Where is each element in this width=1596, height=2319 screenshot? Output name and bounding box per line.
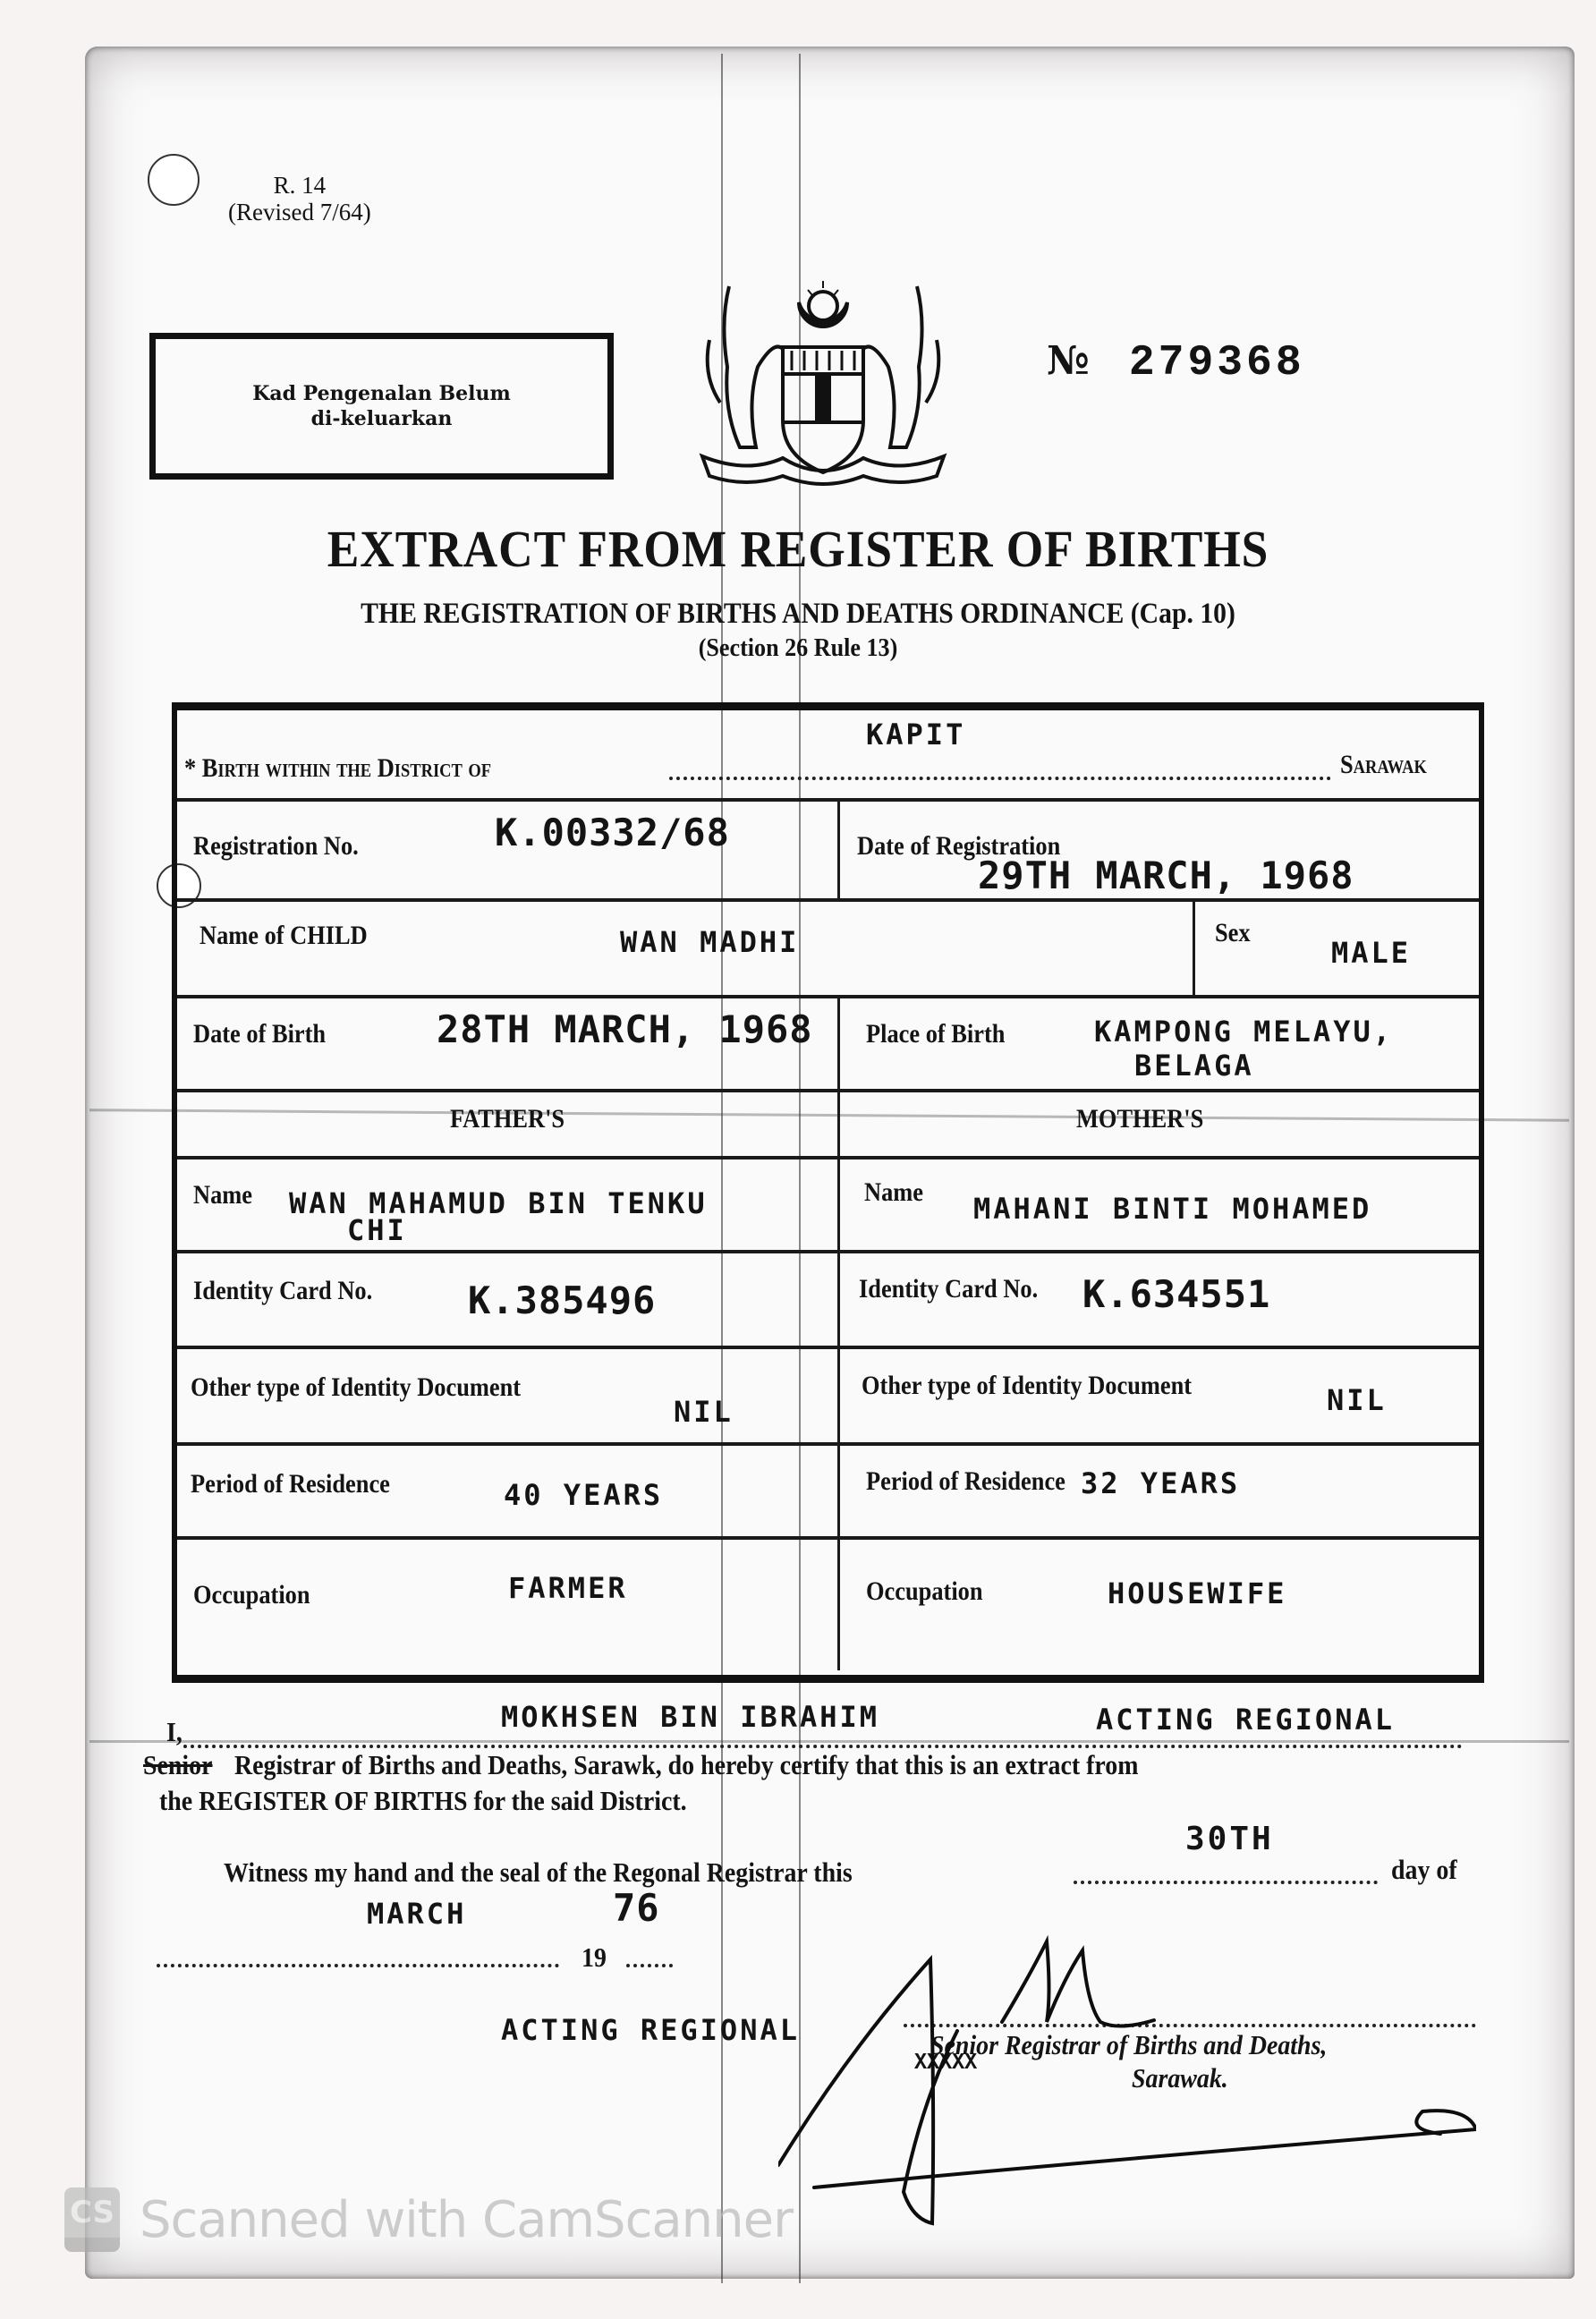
- document-title: EXTRACT FROM REGISTER OF BIRTHS: [64, 519, 1532, 579]
- parents-heading-row: [177, 1089, 1479, 1159]
- column-divider: [1193, 898, 1195, 995]
- child-name-row: [177, 898, 1479, 998]
- camscanner-logo-icon: CS: [64, 2187, 120, 2252]
- mother-name-label: Name: [864, 1177, 923, 1208]
- district-value: KAPIT: [866, 718, 965, 752]
- date-of-birth-value: 28TH MARCH, 1968: [437, 1007, 813, 1051]
- father-ic-value: K.385496: [468, 1278, 656, 1322]
- father-other-doc-label: Other type of Identity Document: [191, 1372, 521, 1403]
- mother-name-value: MAHANI BINTI MOHAMED: [973, 1192, 1371, 1226]
- punch-hole: [148, 154, 199, 206]
- signature-icon: [778, 1924, 1476, 2228]
- registrar-name: MOKHSEN BIN IBRAHIM: [501, 1700, 879, 1734]
- serial-number: 279368: [1129, 339, 1305, 387]
- day-of-label: day of: [1391, 1854, 1457, 1886]
- watermark-text: Scanned with CamScanner: [140, 2191, 793, 2249]
- month-dotted-line: [157, 1964, 559, 1967]
- father-other-doc-value: NIL: [674, 1395, 734, 1429]
- day-dotted-line: [1074, 1881, 1378, 1884]
- date-of-registration-value: 29TH MARCH, 1968: [978, 854, 1354, 897]
- father-occupation-label: Occupation: [193, 1580, 310, 1610]
- district-label: * Birth within the District of: [184, 753, 491, 784]
- registration-no-value: K.00332/68: [495, 811, 730, 854]
- date-of-birth-label: Date of Birth: [193, 1019, 326, 1049]
- father-ic-label: Identity Card No.: [193, 1276, 372, 1306]
- father-heading: FATHER'S: [450, 1104, 565, 1134]
- stamp-line-1: Kad Pengenalan Belum: [252, 381, 510, 406]
- father-residence-value: 40 YEARS: [504, 1478, 663, 1512]
- ordinance-reference: THE REGISTRATION OF BIRTHS AND DEATHS OR…: [80, 598, 1516, 631]
- day-value: 30TH: [1185, 1821, 1274, 1857]
- month-value: MARCH: [367, 1897, 466, 1931]
- mother-occupation-label: Occupation: [866, 1576, 983, 1607]
- mother-residence-value: 32 YEARS: [1081, 1466, 1240, 1500]
- stamp-line-2: di-keluarkan: [311, 406, 453, 431]
- place-of-birth-value-line2: BELAGA: [1134, 1049, 1254, 1083]
- sex-value: MALE: [1331, 936, 1411, 970]
- state-label: Sarawak: [1340, 750, 1427, 780]
- struck-word: Senior: [143, 1749, 213, 1781]
- registration-no-label: Registration No.: [193, 831, 359, 862]
- fold-line: [89, 1740, 1569, 1743]
- certify-prefix: I,: [166, 1716, 183, 1748]
- registrar-dotted-line: [183, 1745, 1463, 1748]
- place-of-birth-value: KAMPONG MELAYU,: [1094, 1015, 1393, 1049]
- father-name-label: Name: [193, 1180, 252, 1210]
- mother-occupation-value: HOUSEWIFE: [1108, 1576, 1286, 1610]
- mother-other-doc-label: Other type of Identity Document: [862, 1371, 1192, 1401]
- column-divider: [837, 798, 840, 898]
- father-name-value-line2: CHI: [347, 1213, 407, 1247]
- year-dotted-line: [626, 1964, 673, 1967]
- ic-row: [177, 1250, 1479, 1349]
- form-revision: (Revised 7/64): [228, 199, 371, 225]
- place-of-birth-label: Place of Birth: [866, 1019, 1005, 1049]
- father-occupation-value: FARMER: [508, 1571, 628, 1605]
- mother-other-doc-value: NIL: [1327, 1383, 1387, 1417]
- sex-label: Sex: [1215, 918, 1251, 948]
- mother-heading: MOTHER'S: [1076, 1104, 1203, 1134]
- ic-not-issued-stamp: Kad Pengenalan Belum di-keluarkan: [149, 333, 614, 480]
- mother-ic-label: Identity Card No.: [859, 1274, 1038, 1304]
- district-dotted-line: [669, 777, 1331, 780]
- acting-regional-label: ACTING REGIONAL: [501, 2013, 800, 2047]
- form-code: R. 14 (Revised 7/64): [228, 172, 371, 225]
- certify-line-1: Registrar of Births and Deaths, Sarawk, …: [234, 1749, 1139, 1781]
- register-table: * Birth within the District of KAPIT Sar…: [172, 702, 1484, 1683]
- number-sign: №: [1047, 338, 1093, 384]
- mother-ic-value: K.634551: [1082, 1272, 1270, 1316]
- section-reference: (Section 26 Rule 13): [80, 633, 1516, 663]
- child-name-label: Name of CHILD: [199, 921, 368, 951]
- witness-text: Witness my hand and the seal of the Rego…: [224, 1856, 853, 1889]
- father-residence-label: Period of Residence: [191, 1469, 390, 1499]
- column-divider: [837, 995, 840, 1670]
- year-prefix: 19: [582, 1941, 607, 1974]
- mother-residence-label: Period of Residence: [866, 1466, 1065, 1497]
- year-value: 76: [613, 1886, 660, 1930]
- form-number: R. 14: [228, 172, 371, 199]
- child-name-value: WAN MADHI: [620, 925, 799, 959]
- camscanner-watermark: CS Scanned with CamScanner: [64, 2187, 793, 2252]
- certificate-serial: №279368: [1047, 338, 1305, 387]
- certify-line-2: the REGISTER OF BIRTHS for the said Dist…: [159, 1785, 687, 1817]
- coat-of-arms-icon: [693, 268, 953, 490]
- registrar-title-fill: ACTING REGIONAL: [1096, 1703, 1395, 1737]
